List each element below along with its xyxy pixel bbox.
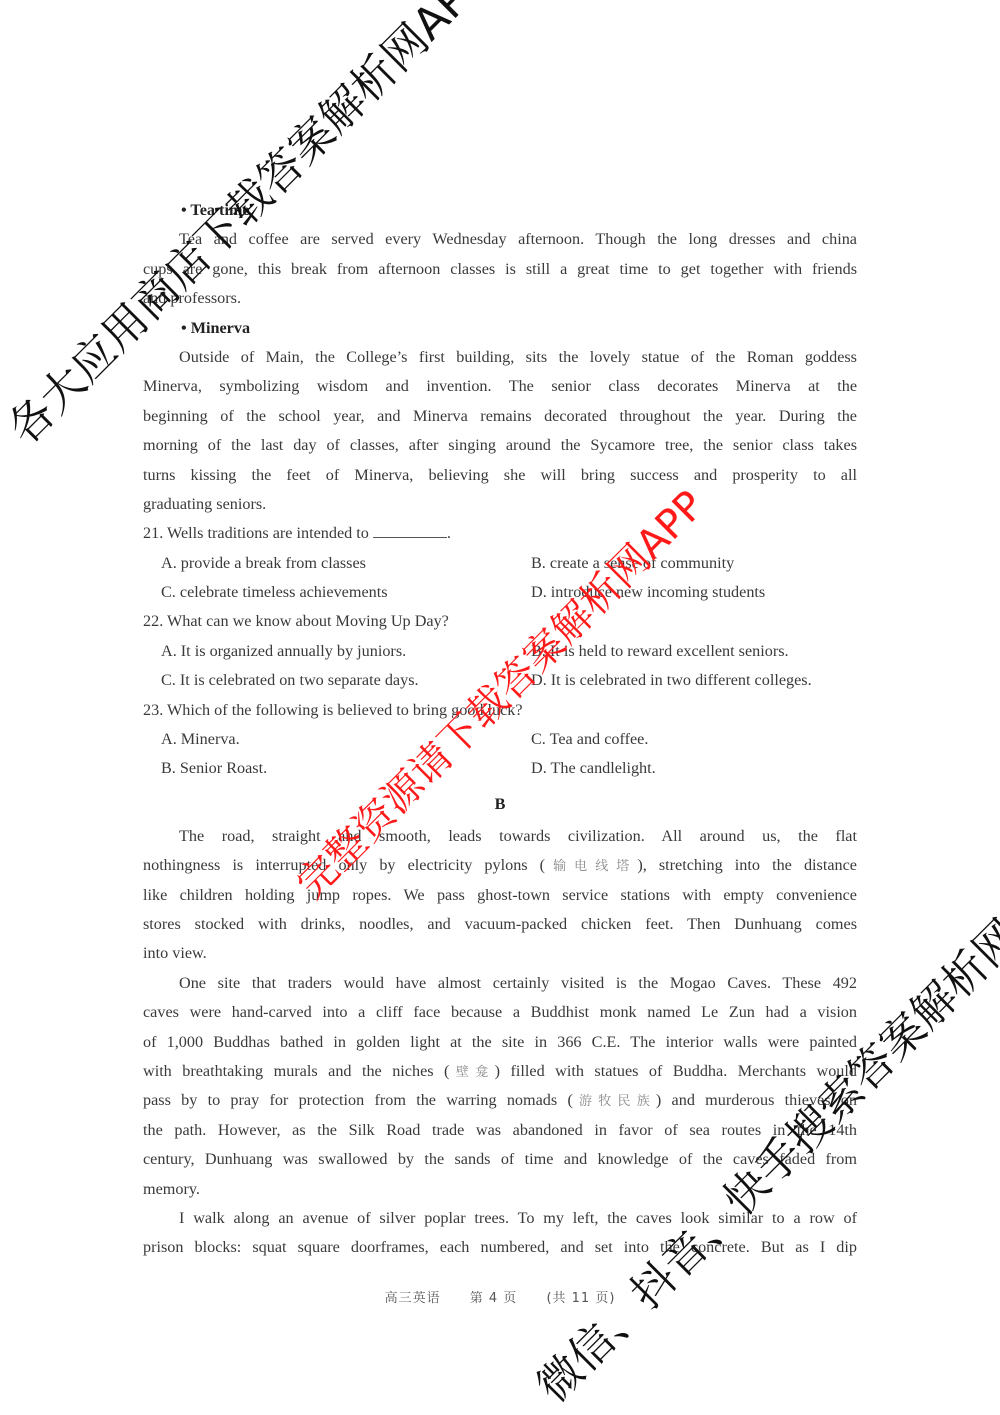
text-line: and professors.: [143, 284, 857, 313]
text-line: beginning of the school year, and Minerv…: [143, 402, 857, 431]
text-line: One site that traders would have almost …: [143, 969, 857, 998]
text-line: morning of the last day of classes, afte…: [143, 431, 857, 460]
passage-b-paragraph-1: The road, straight and smooth, leads tow…: [143, 822, 857, 969]
text-line: into view.: [143, 939, 857, 968]
text-line: prison blocks: squat square doorframes, …: [143, 1233, 857, 1262]
text-line: with breathtaking murals and the niches …: [143, 1057, 857, 1086]
answer-option: A. It is organized annually by juniors.: [143, 637, 513, 666]
text-line: cups are gone, this break from afternoon…: [143, 255, 857, 284]
answer-option: B. create a sense of community: [513, 549, 857, 578]
answer-option: D. The candlelight.: [513, 754, 857, 783]
chinese-gloss: 壁龛: [449, 1065, 494, 1080]
text-line: like children holding jump ropes. We pas…: [143, 881, 857, 910]
question-stem-22: 22. What can we know about Moving Up Day…: [143, 607, 857, 636]
text-line: Outside of Main, the College’s first bui…: [143, 343, 857, 372]
text-line: nothingness is interrupted only by elect…: [143, 851, 857, 880]
option-row: A. provide a break from classesB. create…: [143, 549, 857, 578]
text-line: graduating seniors.: [143, 490, 857, 519]
option-row: C. celebrate timeless achievementsD. int…: [143, 578, 857, 607]
text-line: stores stocked with drinks, noodles, and…: [143, 910, 857, 939]
text-line: pass by to pray for protection from the …: [143, 1086, 857, 1115]
answer-blank: [373, 522, 447, 538]
footer-subject: 高三英语: [385, 1291, 441, 1306]
answer-option: C. celebrate timeless achievements: [143, 578, 513, 607]
footer-page-number: 第 4 页: [470, 1291, 518, 1306]
option-row: B. Senior Roast.D. The candlelight.: [143, 754, 857, 783]
text-line: turns kissing the feet of Minerva, belie…: [143, 461, 857, 490]
text-line: caves were hand-carved into a cliff face…: [143, 998, 857, 1027]
question-stem-21: 21. Wells traditions are intended to .: [143, 519, 857, 548]
answer-option: A. provide a break from classes: [143, 549, 513, 578]
chinese-gloss: 游牧民族: [573, 1094, 656, 1109]
section-label-b: B: [143, 786, 857, 822]
text-line: Minerva, symbolizing wisdom and inventio…: [143, 372, 857, 401]
exam-page: • Tea time Tea and coffee are served eve…: [0, 0, 1000, 1415]
text-line: of 1,000 Buddhas bathed in golden light …: [143, 1028, 857, 1057]
text-line: The road, straight and smooth, leads tow…: [143, 822, 857, 851]
page-footer: 高三英语 第 4 页 (共 11 页): [0, 1287, 1000, 1306]
answer-option: D. It is celebrated in two different col…: [513, 666, 857, 695]
chinese-gloss: 输电线塔: [545, 859, 637, 874]
heading-minerva: • Minerva: [143, 314, 857, 343]
answer-option: C. Tea and coffee.: [513, 725, 857, 754]
minerva-paragraph: Outside of Main, the College’s first bui…: [143, 343, 857, 519]
